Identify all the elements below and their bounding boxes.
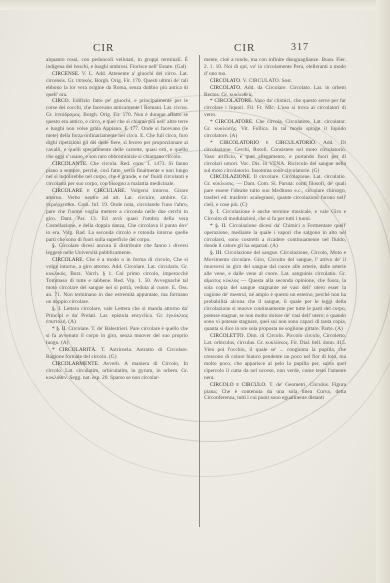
entry-definition: V. CIRCULATO. Sost. bbox=[243, 78, 292, 84]
page-number: 317 bbox=[291, 42, 309, 53]
right-column: mente, cioè a tondo, ma con infinite dis… bbox=[204, 57, 346, 402]
dictionary-entry: CIRCOLANTE. Che circola. Red. cons. 1. 1… bbox=[46, 161, 188, 189]
entry-definition: Edifizio fatto pe' giuochi, e principalm… bbox=[46, 98, 188, 159]
entry-definition: Volgersi intorno. Girare attorno. Verbo … bbox=[46, 188, 188, 242]
dictionary-entry: CIRCENSE. V. L. Add. Attenente a' giuoch… bbox=[46, 71, 188, 99]
dictionary-entry: §. I. Lettera circolare, vale Lettera ch… bbox=[46, 306, 188, 327]
entry-headword: * CIRCOLATORIO e CIRCULATORIO. bbox=[210, 140, 316, 146]
entry-definition: alquanto rossi, con peduncoli vellutati,… bbox=[46, 57, 188, 70]
entry-headword: CIRCOLARMENTE. bbox=[52, 361, 99, 367]
entry-headword: CIRCOLARE. bbox=[52, 257, 84, 263]
running-header: CIR CIR 317 bbox=[0, 42, 390, 56]
entry-headword: * §. II. bbox=[210, 223, 227, 229]
entry-definition: Circolare. T. de' Balestrieri. Pare circ… bbox=[46, 326, 188, 346]
dictionary-entry: §. I. Circolazione è anche termine music… bbox=[204, 209, 346, 223]
dictionary-entry: mente, cioè a tondo, ma con infinite dis… bbox=[204, 57, 346, 78]
entry-headword: CIRCOLATO. bbox=[210, 85, 242, 91]
entry-definition: Lettera circolare, vale Lettera che si m… bbox=[46, 306, 188, 326]
dictionary-entry: CIRCOLAZIONE. Il circolare. Circolazione… bbox=[204, 174, 346, 209]
entry-headword: §. bbox=[52, 243, 56, 249]
entry-headword: * §. II. bbox=[52, 326, 67, 332]
dictionary-entry: alquanto rossi, con peduncoli vellutati,… bbox=[46, 57, 188, 71]
dictionary-entry: * CIRCOLARITÀ. T. Astrirnela. Astratto d… bbox=[46, 347, 188, 361]
header-right-guide-word: CIR bbox=[234, 42, 255, 54]
dictionary-entry: * CIRCOLATORE. Che circola. Circolatore.… bbox=[204, 119, 346, 140]
entry-headword: * CIRCOLARITÀ. bbox=[52, 347, 97, 353]
entry-headword: * CIRCOLATORE. bbox=[210, 98, 253, 104]
dictionary-entry: * CIRCOLATORE. Vaso da' chimici, che que… bbox=[204, 98, 346, 119]
entry-headword: §. I. bbox=[52, 306, 61, 312]
dictionary-entry: CIRCOLATO. Add. da Circolare. Circolato.… bbox=[204, 85, 346, 99]
dictionary-entry: CIRCOLARE e CIRCULARE. Volgersi intorno.… bbox=[46, 188, 188, 243]
dictionary-entry: * CIRCOLATORIO e CIRCULATORIO. Add. Di c… bbox=[204, 140, 346, 175]
entry-definition: Che è a modo o in forma di circolo, Che … bbox=[46, 257, 188, 304]
entry-headword: §. I. bbox=[210, 209, 220, 215]
entry-headword: CIRCENSE. bbox=[52, 71, 79, 77]
dictionary-entry: CIRCOLARMENTE. Avverb. A maniera di Circ… bbox=[46, 361, 188, 382]
entry-headword: CIRCOLANTE. bbox=[52, 161, 88, 167]
entry-headword: CIRCOLATO. bbox=[210, 78, 242, 84]
entry-headword: CIRCOLETTO. bbox=[210, 333, 245, 339]
entry-definition: Circolare dicesi ancora il distribuire c… bbox=[46, 243, 188, 256]
page-top-shadow bbox=[0, 0, 390, 10]
dictionary-entry: CIRCOLATO. V. CIRCULATO. Sost. bbox=[204, 78, 346, 85]
entry-definition: Dim. di Circolo. Piccolo circolo, Circol… bbox=[204, 333, 346, 380]
dictionary-entry: CIRCOLETTO. Dim. di Circolo. Piccolo cir… bbox=[204, 333, 346, 381]
entry-definition: Circolazione è anche termine musicale, e… bbox=[204, 209, 346, 222]
dictionary-entry: * §. II. Circolare. T. de' Balestrieri. … bbox=[46, 326, 188, 347]
entry-headword: §. III. bbox=[210, 250, 223, 256]
scanned-page: CIR CIR 317 alquanto rossi, con peduncol… bbox=[0, 0, 390, 583]
entry-definition: Circolazione del sangue. Circolazione, C… bbox=[204, 250, 346, 332]
entry-headword: CIRCOLAZIONE. bbox=[210, 174, 251, 180]
entry-definition: mente, cioè a tondo, ma con infinite dis… bbox=[204, 57, 346, 77]
entry-headword: * CIRCOLATORE. bbox=[210, 119, 253, 125]
dictionary-entry: §. Circolare dicesi ancora il distribuir… bbox=[46, 243, 188, 257]
page-edge-shadow bbox=[376, 0, 390, 583]
dictionary-entry: * §. II. Circolazione dicesi da' Chimici… bbox=[204, 223, 346, 251]
dictionary-entry: CIRCOLO e CIRCULO. T. de' Geometri. Circ… bbox=[204, 382, 346, 403]
dictionary-entry: §. III. Circolazione del sangue. Circola… bbox=[204, 250, 346, 333]
entry-headword: CIRCO. bbox=[52, 98, 70, 104]
entry-headword: CIRCOLARE e CIRCULARE. bbox=[52, 188, 126, 194]
left-column: alquanto rossi, con peduncoli vellutati,… bbox=[46, 57, 188, 382]
dictionary-entry: CIRCOLARE. Che è a modo o in forma di ci… bbox=[46, 257, 188, 305]
entry-headword: CIRCOLO e CIRCULO. bbox=[210, 382, 267, 388]
column-rule bbox=[199, 55, 200, 527]
dictionary-entry: CIRCO. Edifizio fatto pe' giuochi, e pri… bbox=[46, 98, 188, 160]
header-left-guide-word: CIR bbox=[93, 42, 114, 54]
